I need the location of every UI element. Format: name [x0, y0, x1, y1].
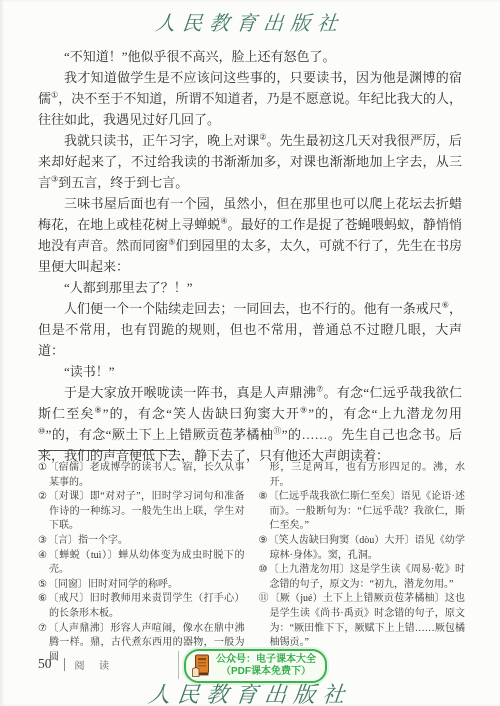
footnote-marker: ④: [38, 550, 49, 561]
badge-line-1: 公众号：电子课本大全: [216, 654, 316, 667]
page-number: 50: [38, 656, 52, 672]
footnote-marker: ⑪: [259, 593, 270, 604]
footnote-ref: ②: [259, 133, 266, 142]
textbook-page: 人民教育出版社 “不知道！”他似乎很不高兴，脸上还有怒色了。我才知道做学生是不应…: [0, 0, 500, 706]
footnote-marker: ②: [38, 491, 48, 502]
footnote-ref: ⑪: [273, 427, 281, 436]
footnotes-left-column: ①〔宿儒〕老成博学的读书人。宿，长久从事某事的。②〔对课〕即“对对子”，旧时学习…: [38, 461, 245, 665]
paragraph: “读书！”: [38, 361, 462, 382]
footnote-marker: ⑩: [259, 564, 269, 575]
footnote-ref: ⑤: [168, 238, 175, 247]
footnotes-right-column: 形，三足两耳，也有方形四足的。沸，水开。⑧〔仁远乎哉我欲仁斯仁至矣〕语见《论语·…: [259, 461, 466, 665]
footnote-marker: ③: [38, 535, 48, 546]
book-icon: [191, 654, 211, 678]
footnote-ref: ⑧: [94, 406, 102, 415]
footnote-item: 形，三足两耳，也有方形四足的。沸，水开。: [259, 461, 466, 490]
footnotes: ①〔宿儒〕老成博学的读书人。宿，长久从事某事的。②〔对课〕即“对对子”，旧时学习…: [38, 461, 465, 665]
paragraph: 人们便一个一个陆续走回去；一同回去，也不行的。他有一条戒尺⑥，但是不常用，也有罚…: [38, 298, 462, 361]
footnote-ref: ①: [51, 91, 58, 100]
footnote-marker: ①: [38, 462, 48, 473]
footnote-item: ③〔言〕指一个字。: [38, 534, 245, 549]
footnote-divider: [38, 450, 176, 451]
footnote-item: ⑥〔戒尺〕旧时教师用来责罚学生（打手心）的长条形木板。: [38, 592, 245, 621]
paragraph: 我就只读书，正午习字，晚上对课②。先生最初这几天对我很严厉，后来却好起来了，不过…: [38, 130, 462, 193]
footnote-ref: ④: [220, 217, 227, 226]
badge-text: 公众号：电子课本大全 （PDF课本免费下）: [216, 654, 316, 679]
footnote-item: ⑤〔同窗〕旧时对同学的称呼。: [38, 578, 245, 593]
footnote-item: ⑧〔仁远乎哉我欲仁斯仁至矣〕语见《论语·述而》。一般断句为：“仁远乎哉？我欲仁，…: [259, 490, 466, 534]
paragraph: 我才知道做学生是不应该问这些事的，只要读书，因为他是渊博的宿儒①，决不至于不知道…: [38, 67, 462, 130]
footnote-item: ⑨〔笑人齿缺曰狗窦（dòu）大开〕语见《幼学琼林·身体》。窦，孔洞。: [259, 534, 466, 563]
footnote-item: ⑪〔厥（jué）土下上上错厥贡苞茅橘柚〕这也是学生读《尚书·禹贡》时念错的句子，…: [259, 592, 466, 650]
footnote-ref: ⑩: [38, 427, 46, 436]
footnote-ref: ⑥: [442, 301, 449, 310]
footnote-marker: ⑤: [38, 579, 48, 590]
footer-left: 50 阅 读: [38, 656, 115, 672]
footnote-ref: ⑨: [300, 406, 308, 415]
main-text: “不知道！”他似乎很不高兴，脸上还有怒色了。我才知道做学生是不应该问这些事的，只…: [38, 46, 462, 466]
publisher-logo-bottom: 人民教育出版社: [0, 678, 500, 706]
footnote-item: ④〔蝉蜕（tuì）〕蝉从幼体变为成虫时脱下的壳。: [38, 549, 245, 578]
footnote-item: ①〔宿儒〕老成博学的读书人。宿，长久从事某事的。: [38, 461, 245, 490]
section-label: 阅 读: [75, 657, 116, 672]
footnote-ref: ③: [51, 175, 58, 184]
paragraph: 三味书屋后面也有一个园，虽然小，但在那里也可以爬上花坛去折蜡梅花，在地上或桂花树…: [38, 193, 462, 277]
paragraph: “人都到那里去了？！”: [38, 277, 462, 298]
footer-separator: [64, 658, 65, 671]
paragraph: “不知道！”他似乎很不高兴，脸上还有怒色了。: [38, 46, 462, 67]
publisher-logo-top: 人民教育出版社: [0, 7, 500, 36]
footnote-marker: ⑥: [38, 593, 48, 604]
footnote-ref: ⑦: [316, 385, 323, 394]
paragraph: 于是大家放开喉咙读一阵书，真是人声鼎沸⑦。有念“仁远乎哉我欲仁斯仁至矣⑧”的，有…: [38, 382, 462, 466]
footnote-item: ⑩〔上九潜龙勿用〕这是学生读《周易·乾》时念错的句子，原文为：“初九，潜龙勿用。…: [259, 563, 466, 592]
badge-line-2: （PDF课本免费下）: [221, 666, 311, 679]
footnote-marker: ⑧: [259, 491, 269, 502]
footnote-item: ②〔对课〕即“对对子”，旧时学习词句和准备作诗的一种练习。一般先生出上联，学生对…: [38, 490, 245, 534]
footnote-marker: ⑦: [38, 623, 48, 634]
badge-separator-line: [178, 651, 179, 679]
footnote-marker: ⑨: [259, 535, 269, 546]
